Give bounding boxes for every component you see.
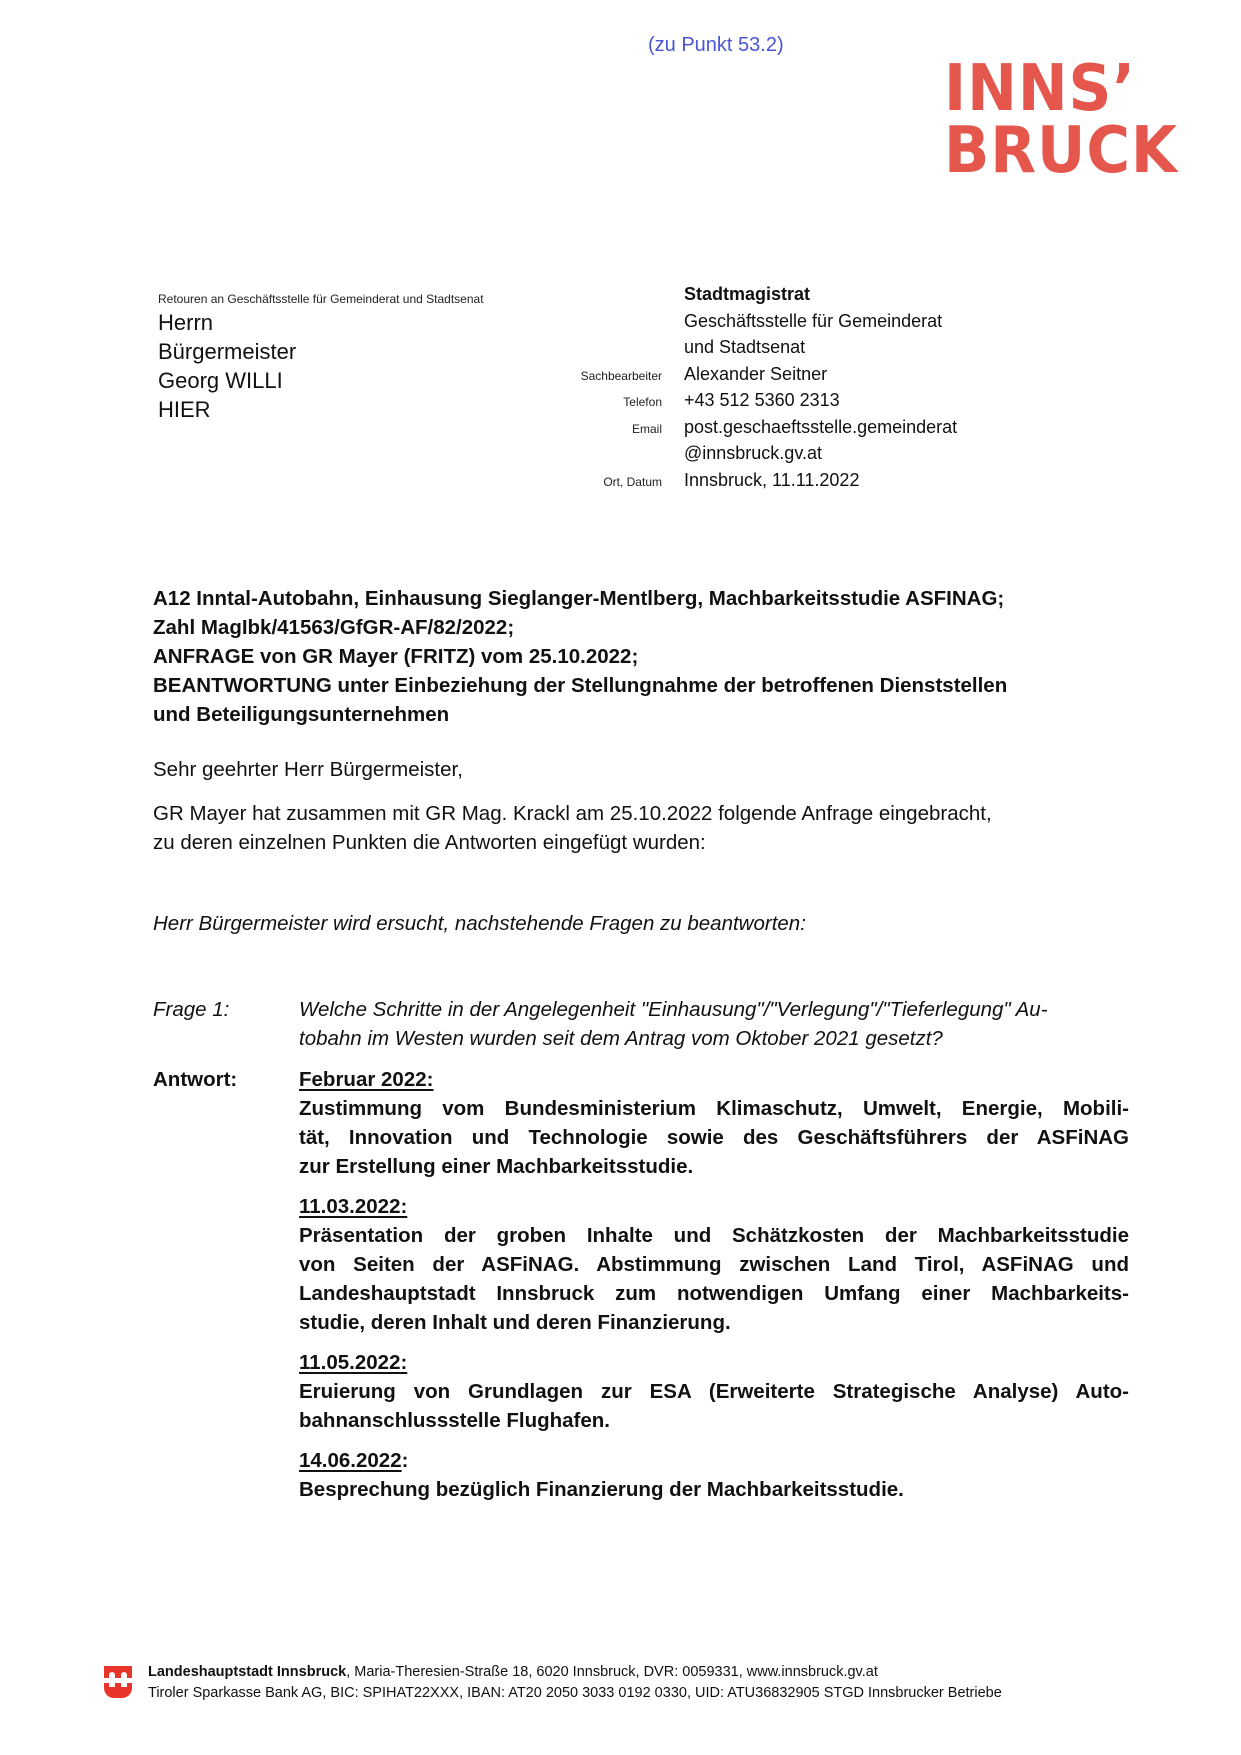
sender-value: Alexander Seitner — [684, 364, 827, 385]
subject-block: A12 Inntal-Autobahn, Einhausung Sieglang… — [153, 584, 1113, 729]
question-label: Frage 1: — [153, 995, 299, 1053]
recipient-line: Herrn — [158, 308, 296, 337]
recipient-line: HIER — [158, 395, 296, 424]
sender-row: Geschäftsstelle für Gemeinderat — [560, 311, 957, 338]
sender-row: Telefon+43 512 5360 2313 — [560, 390, 957, 417]
innsbruck-logo: INNS’ BRUCK — [944, 58, 1178, 182]
sender-row: Emailpost.geschaeftsstelle.gemeinderat — [560, 417, 957, 444]
entry-date: 11.05.2022: — [299, 1351, 407, 1374]
sender-value: +43 512 5360 2313 — [684, 390, 840, 411]
intro-line: GR Mayer hat zusammen mit GR Mag. Krackl… — [153, 799, 1133, 828]
sender-row: und Stadtsenat — [560, 337, 957, 364]
entry-heading: Februar 2022: — [299, 1065, 1129, 1094]
sender-value: und Stadtsenat — [684, 337, 805, 358]
entry-text: Besprechung bezüglich Finanzierung der M… — [299, 1475, 1129, 1504]
sender-label: Telefon — [560, 395, 684, 409]
logo-line-1: INNS’ — [944, 58, 1178, 120]
entry-date: 11.03.2022: — [299, 1195, 407, 1218]
question-text: Welche Schritte in der Angelegenheit "Ei… — [299, 995, 1129, 1053]
sender-info-block: StadtmagistratGeschäftsstelle für Gemein… — [560, 284, 957, 496]
innsbruck-coat-of-arms-icon — [104, 1664, 132, 1698]
footer-text: Landeshauptstadt Innsbruck, Maria-Theres… — [148, 1662, 1002, 1704]
entry-line: Präsentation der groben Inhalte und Schä… — [299, 1221, 1129, 1250]
recipient-line: Georg WILLI — [158, 366, 296, 395]
entry-text: Präsentation der groben Inhalte und Schä… — [299, 1221, 1129, 1337]
sender-value: Innsbruck, 11.11.2022 — [684, 470, 859, 491]
footer-org-name: Landeshauptstadt Innsbruck — [148, 1664, 346, 1680]
footer-line-2: Tiroler Sparkasse Bank AG, BIC: SPIHAT22… — [148, 1683, 1002, 1704]
question-line: tobahn im Westen wurden seit dem Antrag … — [299, 1024, 1129, 1053]
footer-address: , Maria-Theresien-Straße 18, 6020 Innsbr… — [346, 1664, 878, 1680]
footer-line-1: Landeshauptstadt Innsbruck, Maria-Theres… — [148, 1662, 1002, 1683]
entry-text: Zustimmung vom Bundesministerium Klimasc… — [299, 1094, 1129, 1181]
entry-line: von Seiten der ASFiNAG. Abstimmung zwisc… — [299, 1250, 1129, 1279]
entry-heading: 11.03.2022: — [299, 1192, 1129, 1221]
entry-line: studie, deren Inhalt und deren Finanzier… — [299, 1308, 1129, 1337]
entry-line: bahnanschlussstelle Flughafen. — [299, 1406, 1129, 1435]
answer-entry: Februar 2022:Zustimmung vom Bundesminist… — [299, 1065, 1129, 1181]
sender-value: Stadtmagistrat — [684, 284, 810, 305]
subject-line: A12 Inntal-Autobahn, Einhausung Sieglang… — [153, 584, 1113, 613]
answer-entry: 14.06.2022:Besprechung bezüglich Finanzi… — [299, 1446, 1129, 1504]
sender-value: Geschäftsstelle für Gemeinderat — [684, 311, 942, 332]
entry-line: zur Erstellung einer Machbarkeitsstudie. — [299, 1152, 1129, 1181]
recipient-address: HerrnBürgermeisterGeorg WILLIHIER — [158, 308, 296, 424]
answer-entry: 11.03.2022:Präsentation der groben Inhal… — [299, 1192, 1129, 1337]
subject-line: BEANTWORTUNG unter Einbeziehung der Stel… — [153, 671, 1113, 700]
sender-label: Sachbearbeiter — [560, 369, 684, 383]
return-address-line: Retouren an Geschäftsstelle für Gemeinde… — [158, 292, 484, 306]
subject-line: Zahl MagIbk/41563/GfGR-AF/82/2022; — [153, 613, 1113, 642]
sender-label: Ort, Datum — [560, 475, 684, 489]
subject-line: ANFRAGE von GR Mayer (FRITZ) vom 25.10.2… — [153, 642, 1113, 671]
logo-line-2: BRUCK — [944, 120, 1178, 182]
question-1: Frage 1: Welche Schritte in der Angelege… — [153, 995, 1133, 1053]
entry-line: Zustimmung vom Bundesministerium Klimasc… — [299, 1094, 1129, 1123]
entry-line: tät, Innovation und Technologie sowie de… — [299, 1123, 1129, 1152]
sender-row: @innsbruck.gv.at — [560, 443, 957, 470]
entry-heading: 11.05.2022: — [299, 1348, 1129, 1377]
recipient-line: Bürgermeister — [158, 337, 296, 366]
salutation: Sehr geehrter Herr Bürgermeister, — [153, 758, 463, 782]
intro-line: zu deren einzelnen Punkten die Antworten… — [153, 828, 1133, 857]
question-answer-section: Frage 1: Welche Schritte in der Angelege… — [153, 995, 1133, 1515]
entry-text: Eruierung von Grundlagen zur ESA (Erweit… — [299, 1377, 1129, 1435]
agenda-reference-note: (zu Punkt 53.2) — [648, 34, 784, 57]
sender-row: Ort, DatumInnsbruck, 11.11.2022 — [560, 470, 957, 497]
sender-row: SachbearbeiterAlexander Seitner — [560, 364, 957, 391]
entry-date-suffix: : — [402, 1449, 409, 1472]
sender-value: post.geschaeftsstelle.gemeinderat — [684, 417, 957, 438]
intro-paragraph: GR Mayer hat zusammen mit GR Mag. Krackl… — [153, 799, 1133, 857]
request-statement: Herr Bürgermeister wird ersucht, nachste… — [153, 912, 806, 936]
answer-1: Antwort: Februar 2022:Zustimmung vom Bun… — [153, 1065, 1133, 1515]
sender-label: Email — [560, 422, 684, 436]
entry-line: Besprechung bezüglich Finanzierung der M… — [299, 1475, 1129, 1504]
entry-line: Landeshauptstadt Innsbruck zum notwendig… — [299, 1279, 1129, 1308]
sender-row: Stadtmagistrat — [560, 284, 957, 311]
entry-date: 14.06.2022 — [299, 1449, 402, 1472]
answer-entries: Februar 2022:Zustimmung vom Bundesminist… — [299, 1065, 1129, 1515]
answer-entry: 11.05.2022:Eruierung von Grundlagen zur … — [299, 1348, 1129, 1435]
answer-label: Antwort: — [153, 1065, 299, 1515]
entry-line: Eruierung von Grundlagen zur ESA (Erweit… — [299, 1377, 1129, 1406]
entry-date: Februar 2022: — [299, 1068, 433, 1091]
subject-line: und Beteiligungsunternehmen — [153, 700, 1113, 729]
question-line: Welche Schritte in der Angelegenheit "Ei… — [299, 995, 1129, 1024]
sender-value: @innsbruck.gv.at — [684, 443, 822, 464]
entry-heading: 14.06.2022: — [299, 1446, 1129, 1475]
